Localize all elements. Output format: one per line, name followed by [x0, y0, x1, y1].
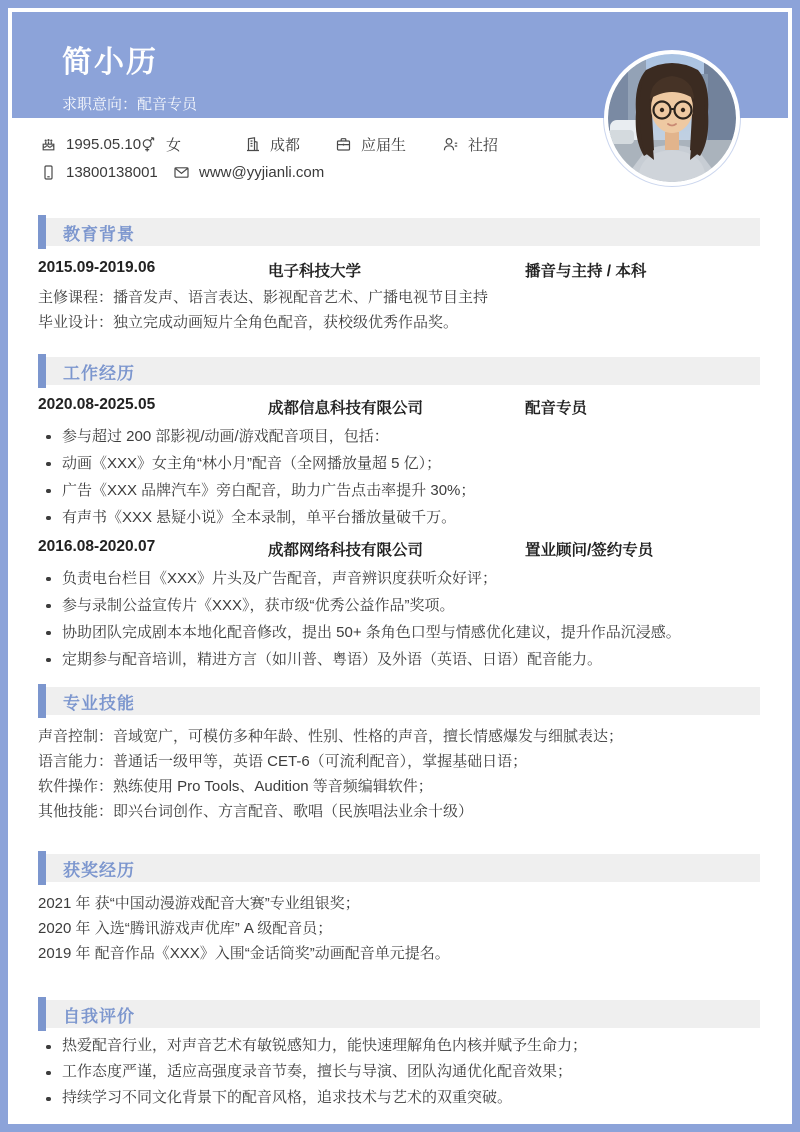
- bullet-item: 持续学习不同文化背景下的配音风格，追求技术与艺术的双重突破。: [38, 1085, 760, 1111]
- work-2-company: 成都网络科技有限公司: [268, 538, 525, 560]
- building-icon: [244, 136, 261, 153]
- bullet-item: 负责电台栏目《XXX》片头及广告配音，声音辨识度获听众好评；: [38, 565, 760, 592]
- work-2-role: 置业顾问/签约专员: [525, 538, 760, 560]
- skills-lines: 声音控制：音域宽广，可模仿多种年龄、性别、性格的声音，擅长情感爆发与细腻表达； …: [38, 724, 760, 824]
- bullet-item: 动画《XXX》女主角“林小月”配音（全网播放量超 5 亿）；: [38, 450, 760, 477]
- section-title: 专业技能: [63, 689, 135, 714]
- award-line: 2019 年 配音作品《XXX》入围“金话筒奖”动画配音单元提名。: [38, 941, 760, 966]
- section-accent-bar: [38, 215, 46, 249]
- skill-line: 语言能力：普通话一级甲等，英语 CET-6（可流利配音），掌握基础日语；: [38, 749, 760, 774]
- bullet-item: 有声书《XXX 悬疑小说》全本录制，单平台播放量破千万。: [38, 504, 760, 531]
- section-title: 工作经历: [63, 359, 135, 384]
- section-accent-bar: [38, 354, 46, 388]
- section-accent-bar: [38, 997, 46, 1031]
- gender-item: 女: [140, 134, 244, 155]
- email-item: www@yyjianli.com: [173, 164, 324, 181]
- award-line: 2021 年 获“中国动漫游戏配音大赛”专业组银奖；: [38, 891, 760, 916]
- grad-status-value: 应届生: [361, 134, 406, 155]
- work-1-company: 成都信息科技有限公司: [268, 396, 525, 418]
- avatar: [604, 50, 740, 186]
- city-value: 成都: [270, 134, 300, 155]
- skill-line: 声音控制：音域宽广，可模仿多种年龄、性别、性格的声音，擅长情感爆发与细腻表达；: [38, 724, 760, 749]
- section-work: 工作经历 2020.08-2025.05 成都信息科技有限公司 配音专员 参与超…: [38, 357, 760, 673]
- phone-icon: [40, 164, 57, 181]
- briefcase-icon: [335, 136, 352, 153]
- cake-icon: [40, 136, 57, 153]
- education-major: 播音与主持 / 本科: [525, 259, 760, 281]
- education-date: 2015.09-2019.06: [38, 259, 268, 281]
- email-value: www@yyjianli.com: [199, 164, 324, 181]
- bullet-item: 参与超过 200 部影视/动画/游戏配音项目，包括：: [38, 423, 760, 450]
- section-awards: 获奖经历 2021 年 获“中国动漫游戏配音大赛”专业组银奖； 2020 年 入…: [38, 854, 760, 966]
- skill-line: 软件操作：熟练使用 Pro Tools、Audition 等音频编辑软件；: [38, 774, 760, 799]
- work-1-bullets: 参与超过 200 部影视/动画/游戏配音项目，包括： 动画《XXX》女主角“林小…: [38, 423, 760, 531]
- bullet-item: 定期参与配音培训，精进方言（如川普、粤语）及外语（英语、日语）配音能力。: [38, 646, 760, 673]
- work-entry-2-row: 2016.08-2020.07 成都网络科技有限公司 置业顾问/签约专员: [38, 538, 760, 560]
- bullet-item: 工作态度严谨，适应高强度录音节奏，擅长与导演、团队沟通优化配音效果；: [38, 1059, 760, 1085]
- recruit-type-value: 社招: [468, 134, 498, 155]
- education-header-band: 教育背景: [38, 218, 760, 246]
- education-entry-row: 2015.09-2019.06 电子科技大学 播音与主持 / 本科: [38, 259, 760, 281]
- section-skills: 专业技能 声音控制：音域宽广，可模仿多种年龄、性别、性格的声音，擅长情感爆发与细…: [38, 687, 760, 824]
- section-accent-bar: [38, 851, 46, 885]
- section-accent-bar: [38, 684, 46, 718]
- resume-inner: 简小历 求职意向：配音专员: [8, 8, 792, 1124]
- city-item: 成都: [244, 134, 335, 155]
- education-school: 电子科技大学: [268, 259, 525, 281]
- bullet-item: 协助团队完成剧本本地化配音修改，提出 50+ 条角色口型与情感优化建议，提升作品…: [38, 619, 760, 646]
- self-header-band: 自我评价: [38, 1000, 760, 1028]
- work-header-band: 工作经历: [38, 357, 760, 385]
- gender-icon: [140, 136, 157, 153]
- award-line: 2020 年 入选“腾讯游戏声优库” A 级配音员；: [38, 916, 760, 941]
- phone-item: 13800138001: [40, 164, 173, 181]
- avatar-photo-icon: [608, 54, 736, 182]
- section-self-evaluation: 自我评价 热爱配音行业，对声音艺术有敏锐感知力，能快速理解角色内核并赋予生命力；…: [38, 1000, 760, 1111]
- bullet-item: 参与录制公益宣传片《XXX》，获市级“优秀公益作品”奖项。: [38, 592, 760, 619]
- bullet-item: 广告《XXX 品牌汽车》旁白配音，助力广告点击率提升 30%；: [38, 477, 760, 504]
- resume-body: 教育背景 2015.09-2019.06 电子科技大学 播音与主持 / 本科 主…: [12, 218, 788, 1111]
- gender-value: 女: [166, 134, 181, 155]
- grad-status-item: 应届生: [335, 134, 442, 155]
- education-line: 主修课程：播音发声、语言表达、影视配音艺术、广播电视节目主持: [38, 285, 760, 310]
- skill-line: 其他技能：即兴台词创作、方言配音、歌唱（民族唱法业余十级）: [38, 799, 760, 824]
- bullet-item: 热爱配音行业，对声音艺术有敏锐感知力，能快速理解角色内核并赋予生命力；: [38, 1033, 760, 1059]
- resume-page: 简小历 求职意向：配音专员: [0, 0, 800, 1132]
- mail-icon: [173, 164, 190, 181]
- work-1-role: 配音专员: [525, 396, 760, 418]
- section-title: 自我评价: [63, 1002, 135, 1027]
- section-title: 获奖经历: [63, 856, 135, 881]
- work-entry-1-row: 2020.08-2025.05 成都信息科技有限公司 配音专员: [38, 396, 760, 418]
- section-education: 教育背景 2015.09-2019.06 电子科技大学 播音与主持 / 本科 主…: [38, 218, 760, 335]
- education-details: 主修课程：播音发声、语言表达、影视配音艺术、广播电视节目主持 毕业设计：独立完成…: [38, 285, 760, 335]
- skills-header-band: 专业技能: [38, 687, 760, 715]
- birthday-item: 1995.05.10: [40, 136, 140, 153]
- awards-header-band: 获奖经历: [38, 854, 760, 882]
- work-1-date: 2020.08-2025.05: [38, 396, 268, 418]
- person-icon: [442, 136, 459, 153]
- recruit-type-item: 社招: [442, 134, 498, 155]
- work-2-date: 2016.08-2020.07: [38, 538, 268, 560]
- phone-value: 13800138001: [66, 164, 158, 181]
- section-title: 教育背景: [63, 220, 135, 245]
- work-2-bullets: 负责电台栏目《XXX》片头及广告配音，声音辨识度获听众好评； 参与录制公益宣传片…: [38, 565, 760, 673]
- education-line: 毕业设计：独立完成动画短片全角色配音，获校级优秀作品奖。: [38, 310, 760, 335]
- awards-lines: 2021 年 获“中国动漫游戏配音大赛”专业组银奖； 2020 年 入选“腾讯游…: [38, 891, 760, 966]
- self-bullets: 热爱配音行业，对声音艺术有敏锐感知力，能快速理解角色内核并赋予生命力； 工作态度…: [38, 1033, 760, 1111]
- birthday-value: 1995.05.10: [66, 136, 141, 153]
